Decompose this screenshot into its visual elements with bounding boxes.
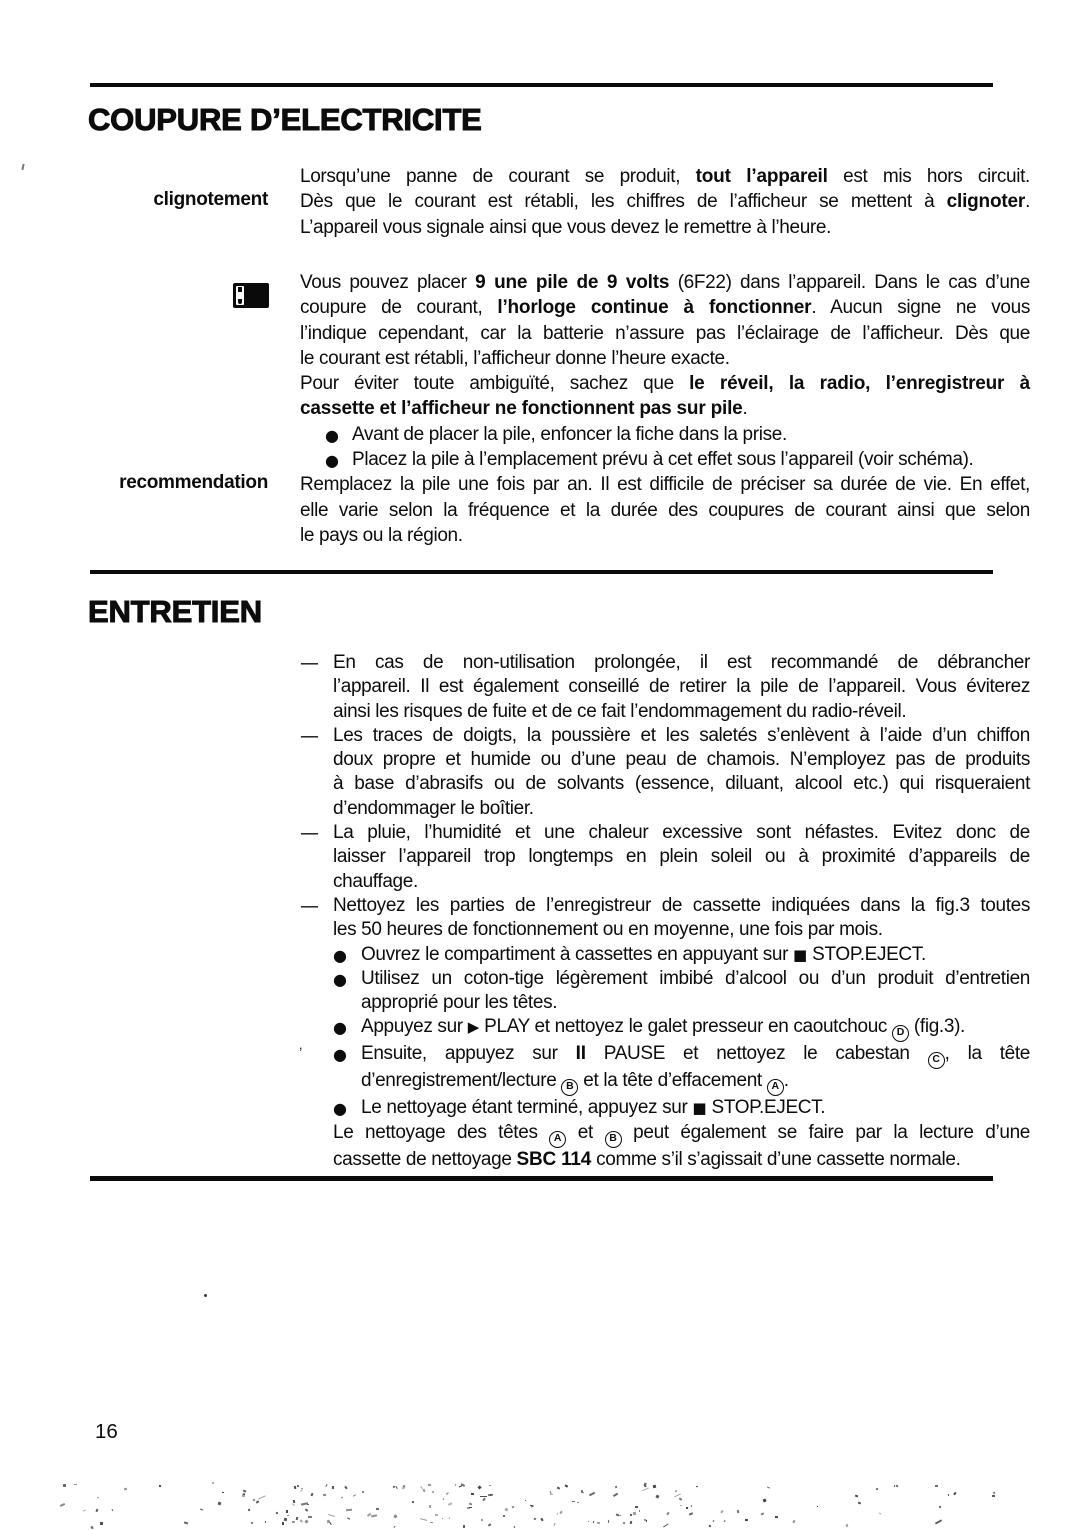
noise-speck: [292, 1503, 295, 1506]
noise-speck: [463, 1525, 465, 1528]
noise-speck: [95, 1508, 98, 1511]
noise-speck: [876, 1487, 878, 1489]
noise-speck: [505, 1508, 508, 1511]
noise-speck: [550, 1491, 552, 1494]
noise-speck: [375, 1508, 378, 1510]
noise-speck: [412, 1501, 414, 1503]
noise-speck: [619, 1515, 621, 1517]
noise-speck: [623, 1521, 626, 1524]
text-line: Utilisez un coton-tige légèrement imbibé…: [300, 967, 1030, 991]
noise-speck: [251, 1522, 253, 1524]
text-line: chauffage.: [300, 870, 1030, 894]
noise-speck: [652, 1485, 655, 1489]
noise-speck: [679, 1497, 682, 1500]
noise-speck: [211, 1482, 214, 1485]
text-line: elle varie selon la fréquence et la duré…: [300, 498, 1030, 523]
noise-speck: [792, 1519, 794, 1522]
noise-speck: [255, 1500, 259, 1503]
noise-speck: [992, 1495, 995, 1497]
text-line: Les traces de doigts, la poussière et le…: [300, 724, 1030, 748]
noise-speck: [367, 1513, 371, 1516]
noise-speck: [633, 1512, 636, 1515]
noise-speck: [512, 1506, 515, 1509]
noise-speck: [446, 1492, 449, 1495]
battery-9v-icon: [233, 283, 269, 308]
text-line: coupure de courant, l’horloge continue à…: [300, 295, 1030, 320]
noise-speck: [428, 1484, 431, 1486]
text-line: Remplacez la pile une fois par an. Il es…: [300, 472, 1030, 497]
play-icon: ▶: [468, 1018, 480, 1036]
noise-speck: [663, 1523, 668, 1527]
noise-speck: [666, 1511, 669, 1514]
noise-speck: [559, 1510, 563, 1514]
noise-speck: [432, 1491, 435, 1494]
circled-B-icon: B: [605, 1131, 622, 1148]
noise-speck: [709, 1525, 711, 1527]
noise-speck: [680, 1505, 682, 1506]
noise-speck: [396, 1486, 398, 1489]
text-line: les 50 heures de fonctionnement ou en mo…: [300, 918, 1030, 942]
noise-speck: [895, 1484, 898, 1487]
noise-speck: [300, 1490, 303, 1493]
text-line: Vous pouvez placer 9 une pile de 9 volts…: [300, 270, 1030, 295]
noise-speck: [322, 1494, 325, 1496]
noise-speck: [720, 1510, 723, 1513]
noise-speck: [589, 1492, 595, 1496]
noise-speck: [855, 1494, 859, 1497]
noise-speck: [394, 1514, 398, 1518]
noise-speck: [775, 1515, 778, 1517]
noise-speck: [846, 1524, 849, 1527]
noise-speck: [471, 1493, 474, 1495]
section-divider-bottom: [90, 1176, 993, 1181]
noise-speck: [615, 1486, 618, 1489]
noise-speck: [534, 1518, 537, 1520]
noise-speck: [429, 1505, 431, 1508]
noise-speck: [724, 1520, 726, 1523]
noise-speck: [124, 1488, 128, 1491]
noise-speck: [63, 1484, 66, 1487]
noise-speck: [200, 1509, 203, 1511]
noise-speck: [482, 1498, 486, 1502]
text-line: La pluie, l’humidité et une chaleur exce…: [300, 821, 1030, 845]
noise-speck: [487, 1524, 490, 1527]
noise-speck: [442, 1518, 443, 1520]
text-line: l’indique cependant, car la batterie n’a…: [300, 321, 1030, 346]
noise-speck: [541, 1517, 544, 1521]
section-divider-top: [90, 83, 993, 87]
text-line: Ensuite, appuyez sur II PAUSE et nettoye…: [300, 1042, 1030, 1069]
text-line: cassette et l’afficheur ne fonctionnent …: [300, 396, 1030, 421]
noise-speck: [577, 1502, 579, 1504]
noise-speck: [90, 1526, 93, 1530]
noise-speck: [478, 1486, 482, 1490]
noise-speck: [159, 1484, 161, 1486]
text-line: approprié pour les têtes.: [300, 991, 1030, 1015]
noise-speck: [301, 1488, 303, 1489]
circled-D-icon: D: [892, 1025, 909, 1042]
noise-speck: [935, 1519, 942, 1524]
noise-speck: [300, 1502, 307, 1505]
stop-icon: ■: [692, 1099, 706, 1117]
noise-speck: [74, 1484, 77, 1485]
paragraph-battery-backup: Vous pouvez placer 9 une pile de 9 volts…: [300, 270, 1030, 548]
noise-speck: [935, 1485, 938, 1486]
noise-speck: [712, 1520, 714, 1522]
noise-speck: [300, 1519, 303, 1522]
scan-artifact-dot: [204, 1294, 207, 1297]
noise-speck: [308, 1516, 312, 1518]
text-line: d’endommager le boîtier.: [300, 797, 1030, 821]
noise-speck: [305, 1508, 309, 1512]
noise-speck: [292, 1521, 295, 1523]
noise-speck: [293, 1486, 296, 1489]
noise-speck: [736, 1510, 739, 1513]
noise-speck: [258, 1495, 266, 1499]
text-line: Placez la pile à l’emplacement prévu à c…: [300, 447, 1030, 472]
text-line: Nettoyez les parties de l’enregistreur d…: [300, 894, 1030, 918]
noise-speck: [344, 1486, 348, 1490]
noise-speck: [613, 1493, 618, 1497]
noise-speck: [332, 1486, 334, 1489]
text-line: Appuyez sur ▶ PLAY et nettoyez le galet …: [300, 1015, 1030, 1042]
text-line: l’appareil. Il est également conseillé d…: [300, 675, 1030, 699]
manual-page: COUPURE D’ELECTRICITE clignotement Lorsq…: [0, 0, 1080, 1530]
noise-speck: [100, 1521, 103, 1524]
noise-speck: [326, 1484, 328, 1487]
noise-speck: [447, 1502, 451, 1505]
margin-label-recommendation: recommendation: [90, 472, 268, 494]
noise-speck: [310, 1493, 313, 1496]
noise-speck: [430, 1522, 433, 1524]
noise-speck: [221, 1492, 223, 1493]
section-title-coupure: COUPURE D’ELECTRICITE: [88, 103, 482, 137]
noise-speck: [293, 1500, 296, 1503]
noise-speck: [879, 1512, 881, 1514]
noise-speck: [275, 1512, 277, 1515]
noise-speck: [346, 1508, 352, 1510]
noise-speck: [655, 1494, 659, 1498]
text-line: laisser l’appareil trop longtemps en ple…: [300, 845, 1030, 869]
text-line: Dès que le courant est rétabli, les chif…: [300, 189, 1030, 214]
noise-speck: [442, 1498, 444, 1501]
noise-speck: [858, 1501, 861, 1504]
text-line: à base d’abrasifs ou de solvants (essenc…: [300, 772, 1030, 796]
page-number: 16: [95, 1420, 118, 1444]
text-line: Ouvrez le compartiment à cassettes en ap…: [300, 943, 1030, 967]
noise-speck: [503, 1514, 505, 1516]
text-line: le pays ou la région.: [300, 523, 1030, 548]
noise-speck: [287, 1515, 289, 1516]
noise-speck: [948, 1494, 950, 1497]
scan-noise-strip: [0, 1478, 1080, 1530]
noise-speck: [242, 1493, 244, 1496]
section-title-entretien: ENTRETIEN: [88, 595, 262, 629]
noise-speck: [393, 1526, 395, 1528]
circled-B-icon: B: [561, 1079, 578, 1096]
text-line: le courant est rétabli, l’afficheur donn…: [300, 346, 1030, 371]
noise-speck: [352, 1495, 355, 1498]
noise-speck: [184, 1521, 189, 1524]
noise-speck: [675, 1489, 677, 1491]
text-line: Le nettoyage étant terminé, appuyez sur …: [300, 1096, 1030, 1120]
noise-speck: [565, 1484, 568, 1487]
noise-speck: [346, 1518, 349, 1521]
noise-speck: [630, 1521, 632, 1524]
noise-speck: [642, 1488, 649, 1492]
noise-speck: [644, 1486, 646, 1488]
noise-speck: [420, 1518, 427, 1521]
text-line: Pour éviter toute ambiguïté, sachez que …: [300, 371, 1030, 396]
text-line: d’enregistrement/lecture B et la tête d’…: [300, 1069, 1030, 1096]
text-line: En cas de non-utilisation prolongée, il …: [300, 651, 1030, 675]
noise-speck: [392, 1485, 395, 1488]
noise-speck: [635, 1506, 638, 1508]
noise-speck: [767, 1487, 770, 1489]
noise-speck: [295, 1517, 298, 1520]
section-divider-middle: [90, 570, 993, 574]
text-line: doux propre et humide ou d’une peau de c…: [300, 748, 1030, 772]
noise-speck: [448, 1517, 450, 1519]
noise-speck: [328, 1514, 335, 1517]
noise-speck: [435, 1514, 438, 1517]
paragraph-power-failure: Lorsqu’une panne de courant se produit, …: [300, 164, 1030, 240]
text-line: ainsi les risques de fuite et de ce fait…: [300, 700, 1030, 724]
noise-speck: [514, 1525, 516, 1527]
noise-speck: [993, 1492, 995, 1494]
noise-speck: [403, 1484, 406, 1487]
noise-speck: [422, 1489, 425, 1492]
noise-speck: [362, 1490, 365, 1493]
noise-speck: [488, 1494, 493, 1496]
noise-speck: [744, 1519, 747, 1521]
noise-speck: [557, 1487, 560, 1490]
text-line: Le nettoyage des têtes A et B peut égale…: [300, 1121, 1030, 1148]
noise-speck: [253, 1498, 255, 1501]
noise-speck: [639, 1510, 641, 1512]
noise-speck: [583, 1492, 584, 1493]
noise-speck: [217, 1501, 221, 1505]
noise-speck: [696, 1486, 698, 1488]
noise-speck: [954, 1492, 957, 1495]
noise-speck: [686, 1507, 688, 1509]
circled-C-icon: C: [928, 1052, 945, 1069]
noise-speck: [597, 1522, 600, 1524]
noise-speck: [286, 1510, 288, 1513]
noise-speck: [111, 1509, 113, 1512]
noise-speck: [572, 1501, 575, 1503]
noise-speck: [588, 1521, 590, 1523]
text-line: cassette de nettoyage SBC 114 comme s’il…: [300, 1148, 1030, 1172]
noise-speck: [59, 1503, 64, 1507]
noise-speck: [761, 1512, 764, 1515]
noise-speck: [646, 1520, 648, 1522]
noise-speck: [553, 1523, 555, 1526]
noise-speck: [525, 1500, 527, 1502]
noise-speck: [83, 1510, 86, 1512]
noise-speck: [689, 1512, 693, 1515]
text-line: Avant de placer la pile, enfoncer la fic…: [300, 422, 1030, 447]
noise-speck: [939, 1505, 941, 1507]
noise-speck: [469, 1507, 472, 1508]
noise-speck: [248, 1509, 250, 1511]
noise-speck: [817, 1506, 818, 1507]
text-line: L’appareil vous signale ainsi que vous d…: [300, 215, 1030, 240]
noise-speck: [763, 1499, 767, 1503]
noise-speck: [531, 1505, 534, 1508]
scan-artifact-tick: [21, 164, 24, 170]
maintenance-list: En cas de non-utilisation prolongée, il …: [300, 651, 1030, 1172]
circled-A-icon: A: [549, 1131, 566, 1148]
noise-speck: [480, 1519, 482, 1521]
noise-speck: [691, 1505, 693, 1507]
noise-speck: [265, 1521, 266, 1523]
noise-speck: [282, 1522, 284, 1525]
noise-speck: [489, 1484, 491, 1486]
noise-speck: [607, 1520, 609, 1523]
battery-terminals: [236, 286, 244, 305]
noise-speck: [371, 1514, 377, 1517]
stop-icon: ■: [793, 946, 807, 964]
noise-speck: [593, 1521, 595, 1523]
noise-speck: [455, 1484, 457, 1486]
text-line: Lorsqu’une panne de courant se produit, …: [300, 164, 1030, 189]
margin-label-clignotement: clignotement: [90, 189, 268, 211]
circled-A-icon: A: [767, 1079, 784, 1096]
scan-artifact-comma: ‚: [299, 1036, 302, 1053]
noise-speck: [341, 1497, 344, 1499]
noise-speck: [97, 1496, 99, 1498]
noise-speck: [284, 1518, 288, 1521]
noise-speck: [296, 1484, 299, 1487]
noise-speck: [304, 1519, 308, 1523]
